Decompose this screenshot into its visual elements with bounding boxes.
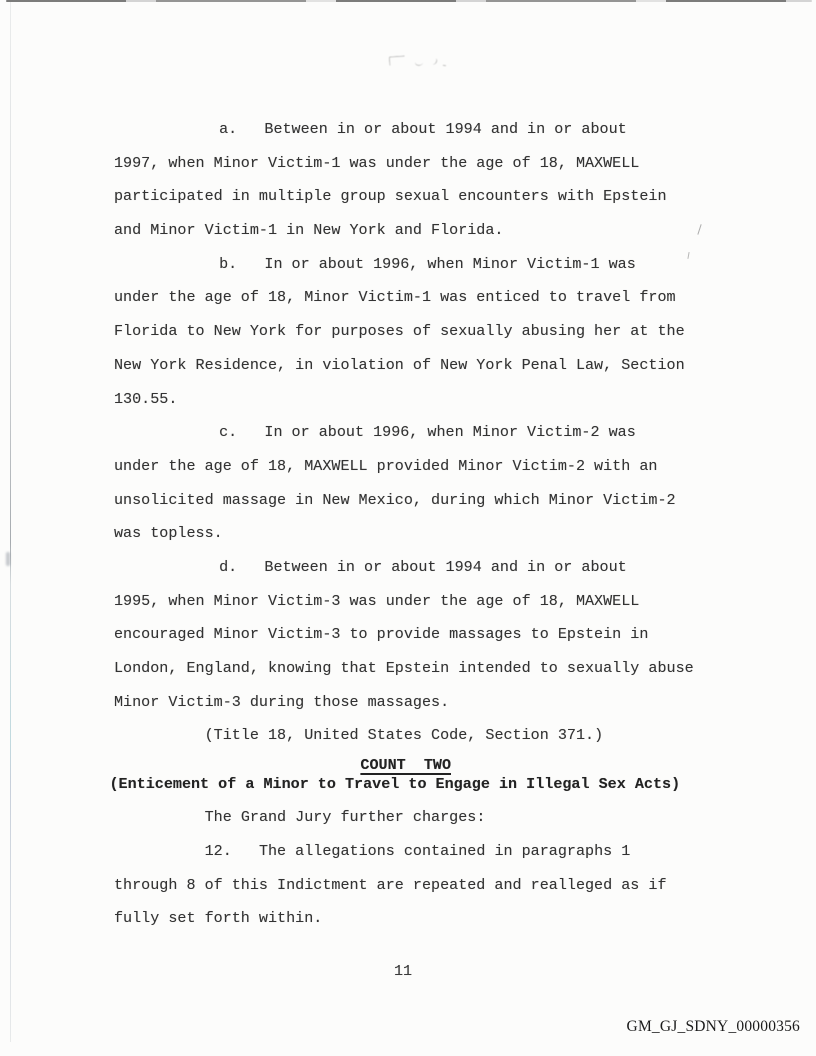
scan-artifact-left-edge xyxy=(10,2,11,1042)
document-line: d. Between in or about 1994 and in or ab… xyxy=(114,558,718,592)
document-line: Minor Victim-3 during those massages. xyxy=(114,693,718,727)
page-number: 11 xyxy=(0,962,806,980)
document-line: fully set forth within. xyxy=(114,909,718,943)
document-line: New York Residence, in violation of New … xyxy=(114,356,718,390)
document-line: under the age of 18, MAXWELL provided Mi… xyxy=(114,457,718,491)
scan-artifact-left-blob xyxy=(6,552,10,566)
document-line: Florida to New York for purposes of sexu… xyxy=(114,322,718,356)
document-body: a. Between in or about 1994 and in or ab… xyxy=(114,120,718,943)
document-line: b. In or about 1996, when Minor Victim-1… xyxy=(114,255,718,289)
document-line: through 8 of this Indictment are repeate… xyxy=(114,876,718,910)
document-line: and Minor Victim-1 in New York and Flori… xyxy=(114,221,718,255)
document-line: participated in multiple group sexual en… xyxy=(114,187,718,221)
scan-artifact-smudge xyxy=(385,50,463,74)
document-line: 12. The allegations contained in paragra… xyxy=(114,842,718,876)
document-line: under the age of 18, Minor Victim-1 was … xyxy=(114,288,718,322)
document-line: c. In or about 1996, when Minor Victim-2… xyxy=(114,423,718,457)
document-line: COUNT TWO xyxy=(114,756,718,775)
document-line: 1997, when Minor Victim-1 was under the … xyxy=(114,154,718,188)
document-line: was topless. xyxy=(114,524,718,558)
scan-artifact-top-edge xyxy=(6,0,812,2)
document-line: a. Between in or about 1994 and in or ab… xyxy=(114,120,718,154)
document-line: unsolicited massage in New Mexico, durin… xyxy=(114,491,718,525)
bates-stamp: GM_GJ_SDNY_00000356 xyxy=(627,1018,800,1036)
document-line: encouraged Minor Victim-3 to provide mas… xyxy=(114,625,718,659)
document-line: London, England, knowing that Epstein in… xyxy=(114,659,718,693)
document-line: 130.55. xyxy=(114,390,718,424)
document-line: (Enticement of a Minor to Travel to Enga… xyxy=(109,775,718,808)
document-line: (Title 18, United States Code, Section 3… xyxy=(114,726,718,756)
scanned-document-page: { "page": { "number": "11", "bates_numbe… xyxy=(0,0,816,1056)
document-line: 1995, when Minor Victim-3 was under the … xyxy=(114,592,718,626)
document-line: The Grand Jury further charges: xyxy=(114,808,718,842)
